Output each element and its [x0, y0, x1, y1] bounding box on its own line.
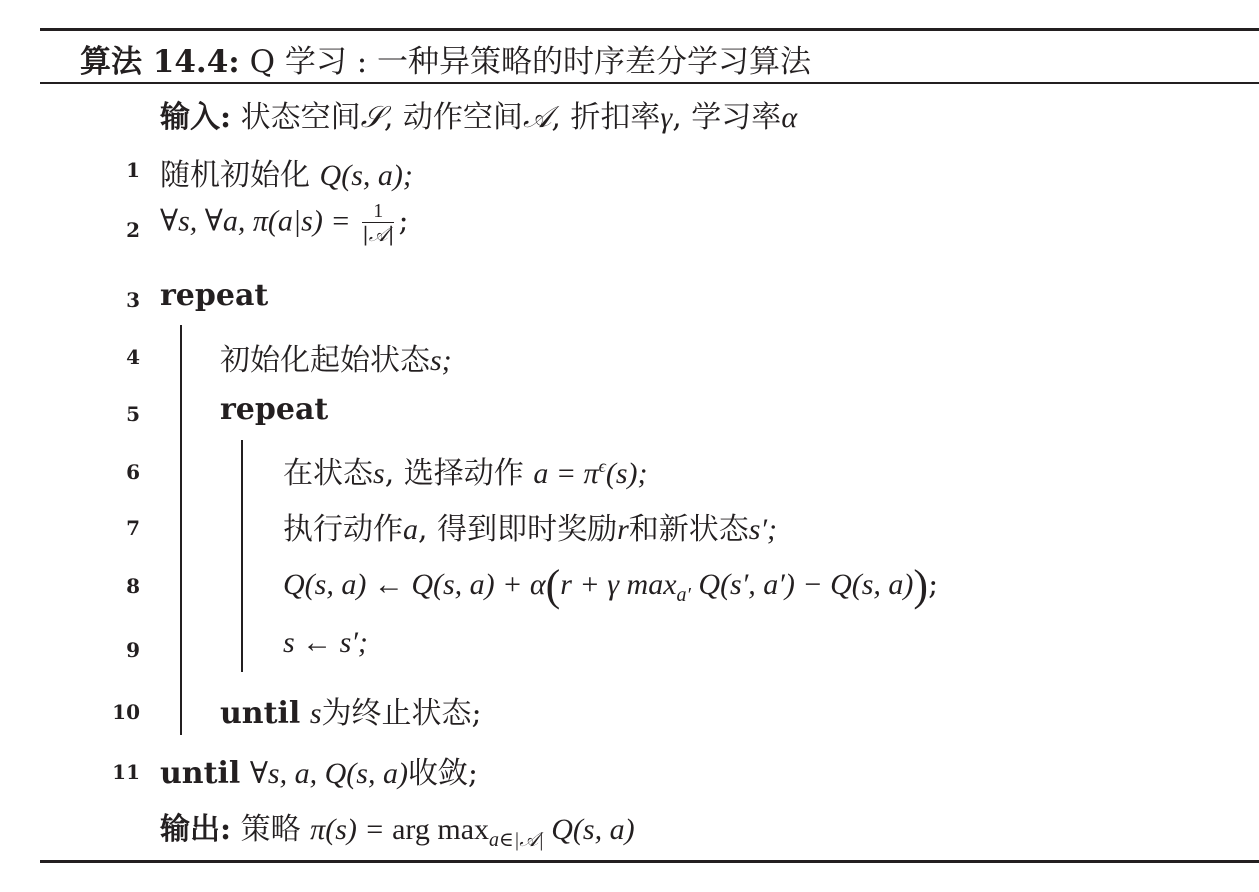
algorithm-line-6: 在状态s, 选择动作 a = πϵ(s); — [283, 448, 648, 492]
line-number: 4 — [100, 345, 140, 369]
line-math: a — [403, 513, 418, 546]
top-rule — [40, 28, 1259, 31]
fraction: 1|𝒜| — [362, 200, 394, 245]
line-math: s′; — [749, 513, 777, 546]
line-number: 1 — [100, 158, 140, 182]
line-math: r + γ max — [560, 568, 676, 601]
big-paren-close: ) — [913, 561, 928, 610]
input-label: 输入: — [160, 100, 231, 135]
argmax-subscript: a∈|𝒜| — [489, 829, 544, 851]
inner-loop-bar — [241, 440, 243, 672]
line-number: 3 — [100, 288, 140, 312]
discount-symbol: γ — [660, 101, 672, 134]
line-number: 8 — [100, 574, 140, 598]
line-math: Q(s, a) — [544, 813, 635, 846]
line-text: , 得到即时奖励 — [418, 512, 617, 547]
line-text: 在状态 — [283, 456, 373, 491]
line-number: 10 — [100, 700, 140, 724]
input-text: , 动作空间 — [384, 100, 523, 135]
line-text: 随机初始化 — [160, 158, 310, 193]
header-rule — [40, 82, 1259, 84]
algorithm-line-5: repeat — [220, 392, 328, 427]
input-line: 输入: 状态空间𝒮, 动作空间𝒜, 折扣率γ, 学习率α — [160, 92, 797, 136]
line-tail: ; — [928, 567, 938, 602]
algorithm-line-3: repeat — [160, 278, 268, 313]
line-number: 2 — [100, 218, 140, 242]
line-math: (s); — [606, 457, 648, 490]
input-text: , 学习率 — [672, 100, 781, 135]
line-number: 11 — [100, 760, 140, 784]
epsilon-superscript: ϵ — [599, 456, 606, 476]
line-math: r — [617, 513, 629, 546]
input-text: , 折扣率 — [551, 100, 660, 135]
algorithm-label: 算法 14.4: — [80, 44, 240, 80]
line-math: a = π — [533, 457, 598, 490]
fraction-numerator: 1 — [362, 200, 394, 223]
line-text: 执行动作 — [283, 512, 403, 547]
algorithm-line-11: until ∀s, a, Q(s, a)收敛; — [160, 748, 478, 792]
output-text: 策略 — [241, 812, 301, 847]
line-math: Q(s, a) ← Q(s, a) + α — [283, 568, 546, 601]
line-math: Q(s′, a′) − Q(s, a) — [691, 568, 914, 601]
algorithm-line-4: 初始化起始状态s; — [220, 335, 452, 379]
line-text: 收敛; — [408, 756, 478, 791]
keyword: until — [160, 756, 240, 791]
line-math: Q(s, a); — [320, 159, 413, 192]
line-text: , 选择动作 — [385, 456, 524, 491]
line-math: s — [310, 697, 322, 730]
line-text: 为终止状态; — [322, 696, 482, 731]
output-line: 输出: 策略 π(s) = arg maxa∈|𝒜| Q(s, a) — [160, 804, 635, 852]
state-space-symbol: 𝒮 — [361, 101, 384, 134]
big-paren-open: ( — [546, 561, 561, 610]
algorithm-line-2: ∀s, ∀a, π(a|s) = 1|𝒜|; — [160, 200, 409, 245]
outer-loop-bar — [180, 325, 182, 735]
line-number: 9 — [100, 638, 140, 662]
learning-rate-symbol: α — [781, 101, 797, 134]
line-number: 7 — [100, 516, 140, 540]
max-subscript: a′ — [677, 584, 691, 606]
argmax-operator: arg max — [392, 813, 489, 846]
input-text: 状态空间 — [241, 100, 361, 135]
action-space-symbol: 𝒜 — [523, 101, 551, 134]
line-math: s; — [430, 344, 452, 377]
line-text: 和新状态 — [629, 512, 749, 547]
line-number: 5 — [100, 402, 140, 426]
algorithm-line-7: 执行动作a, 得到即时奖励r和新状态s′; — [283, 504, 777, 548]
line-math: ∀s, a, Q(s, a) — [250, 757, 408, 790]
algorithm-name: Q 学习 : 一种异策略的时序差分学习算法 — [250, 44, 811, 80]
algorithm-line-9: s ← s′; — [283, 626, 368, 660]
fraction-denominator: |𝒜| — [362, 223, 394, 245]
line-text: 初始化起始状态 — [220, 343, 430, 378]
bottom-rule — [40, 860, 1259, 863]
algorithm-line-1: 随机初始化 Q(s, a); — [160, 150, 413, 194]
output-label: 输出: — [160, 812, 231, 847]
line-math: s — [373, 457, 385, 490]
line-math: ∀s, ∀a, π(a|s) = — [160, 205, 358, 238]
line-tail: ; — [398, 204, 408, 239]
line-math: π(s) = — [310, 813, 392, 846]
algorithm-title: 算法 14.4: Q 学习 : 一种异策略的时序差分学习算法 — [80, 36, 811, 81]
algorithm-line-10: until s为终止状态; — [220, 688, 482, 732]
keyword: until — [220, 696, 300, 731]
algorithm-line-8: Q(s, a) ← Q(s, a) + α(r + γ maxa′ Q(s′, … — [283, 560, 938, 611]
line-number: 6 — [100, 460, 140, 484]
